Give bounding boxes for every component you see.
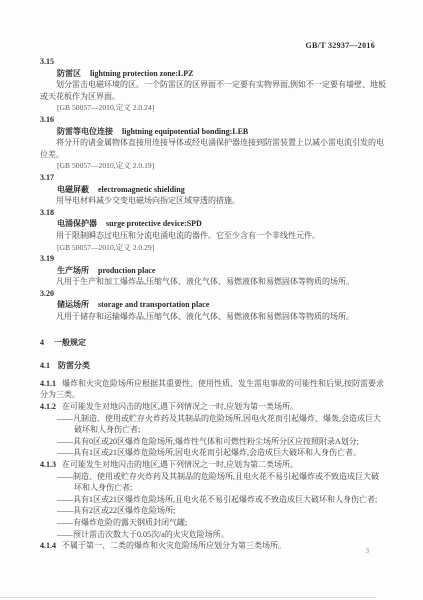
chapter-title: 一般规定: [54, 338, 86, 347]
term-english: lightning protection zone:LPZ: [90, 69, 193, 78]
clause-number: 4.1.4: [40, 541, 56, 550]
term-source-ref: [GB 50057—2010,定义 2.0.29]: [40, 242, 386, 254]
term-english: electromagnetic shielding: [98, 185, 185, 194]
term-chinese: 储运场所: [57, 300, 89, 309]
clause-4-1-4: 4.1.4不属于第一、二类的爆炸和火灾危险场所应划分为第三类场所。: [40, 540, 386, 552]
clause-bullet: ——有爆炸危险的露天钢质封闭气罐;: [40, 517, 386, 529]
clause-number: 4.1.2: [40, 402, 56, 411]
term-heading: 防雷区lightning protection zone:LPZ: [40, 68, 386, 80]
scan-edge-line: [0, 597, 376, 598]
term-english: lightning equipotential bonding:LEB: [122, 127, 248, 136]
term-source-ref: [GB 50057—2010,定义 2.0.19]: [40, 160, 386, 172]
term-entry-3-19: 3.19 生产场所production place 凡用于生产和加工爆炸品,压缩…: [40, 253, 386, 288]
clause-4-1-1: 4.1.1爆炸和火灾危险场所应根据其重要性、使用性质、发生雷电事故的可能性和后果…: [40, 378, 386, 401]
clause-bullet: ——凡制造、使用或贮存火炸药及其制品的危险场所,因电火花而引起爆炸、爆轰,会造成…: [40, 413, 386, 436]
term-heading: 防雷等电位连接lightning equipotential bonding:L…: [40, 126, 386, 138]
term-english: storage and transportation place: [98, 300, 209, 309]
term-heading: 电涌保护器surge protective device:SPD: [40, 218, 386, 230]
page-number: 3: [366, 547, 370, 555]
term-chinese: 防雷等电位连接: [57, 127, 113, 136]
term-definition: 凡用于储存和运输爆炸品,压缩气体、液化气体、易燃液体和易燃固体等物质的场所。: [40, 311, 386, 323]
term-chinese: 电磁屏蔽: [57, 185, 89, 194]
term-definition: 用导电材料减少交变电磁场向指定区域穿透的措施。: [40, 195, 386, 207]
clause-text: 在可能发生对地闪击的地区,遇下列情况之一时,应划为第一类场所。: [62, 402, 298, 411]
clause-bullet: ——具有2区或22区爆炸危险场所;: [40, 505, 386, 517]
term-chinese: 生产场所: [57, 266, 89, 275]
term-definition: 将分开的诸金属物体直接用连接导体或经电涌保护器连接到防雷装置上以减小雷电流引发的…: [40, 137, 386, 160]
subsection-heading: 4.1防雷分类: [40, 360, 386, 372]
term-number: 3.17: [40, 172, 386, 184]
clause-number: 4.1.1: [40, 379, 56, 388]
term-definition: 用于限制瞬态过电压和分流电涌电流的器件。它至少含有一个非线性元件。: [40, 230, 386, 242]
term-english: surge protective device:SPD: [106, 219, 202, 228]
term-definition: 划分雷击电磁环境的区。一个防雷区的区界面不一定要有实物界面,例如不一定要有墙壁、…: [40, 79, 386, 102]
clause-bullet: ——制造、使用或贮存火炸药及其制品的危险场所,且电火花不易引起爆炸或不致造成巨大…: [40, 471, 386, 494]
clause-bullet: ——预计雷击次数大于0.05次/a的火灾危险场所。: [40, 529, 386, 541]
term-definition: 凡用于生产和加工爆炸品,压缩气体、液化气体、易燃液体和易燃固体等物质的场所。: [40, 276, 386, 288]
clause-number: 4.1.3: [40, 460, 56, 469]
clause-text: 爆炸和火灾危险场所应根据其重要性、使用性质、发生雷电事故的可能性和后果,按防雷要…: [40, 379, 384, 400]
term-source-ref: [GB 50057—2010,定义 2.0.24]: [40, 102, 386, 114]
term-number: 3.19: [40, 253, 386, 265]
clause-bullet: ——具有1区或21区爆炸危险场所,因电火花而引起爆炸,会造成巨大破坏和人身伤亡者…: [40, 447, 386, 459]
subsection-title: 防雷分类: [58, 361, 90, 370]
term-number: 3.18: [40, 207, 386, 219]
chapter-number: 4: [40, 338, 44, 347]
term-chinese: 防雷区: [57, 69, 81, 78]
term-heading: 生产场所production place: [40, 265, 386, 277]
clause-4-1-3: 4.1.3在可能发生对地闪击的地区,遇下列情况之一时,应划为第二类场所。: [40, 459, 386, 471]
term-entry-3-17: 3.17 电磁屏蔽electromagnetic shielding 用导电材料…: [40, 172, 386, 207]
clause-4-1-2: 4.1.2在可能发生对地闪击的地区,遇下列情况之一时,应划为第一类场所。: [40, 401, 386, 413]
term-number: 3.16: [40, 114, 386, 126]
term-chinese: 电涌保护器: [57, 219, 97, 228]
clause-text: 在可能发生对地闪击的地区,遇下列情况之一时,应划为第二类场所。: [62, 460, 298, 469]
term-heading: 储运场所storage and transportation place: [40, 299, 386, 311]
clause-bullet: ——具有0区或20区爆炸危险场所,爆炸性气体和可燃性粉尘场所分区应按照附录A划分…: [40, 436, 386, 448]
term-heading: 电磁屏蔽electromagnetic shielding: [40, 184, 386, 196]
clause-bullet: ——具有1区或21区爆炸危险场所,且电火花不易引起爆炸或不致造成巨大破坏和人身伤…: [40, 494, 386, 506]
subsection-number: 4.1: [40, 361, 50, 370]
document-page: GB/T 32937—2016 3.15 防雷区lightning protec…: [0, 0, 423, 600]
term-entry-3-15: 3.15 防雷区lightning protection zone:LPZ 划分…: [40, 56, 386, 114]
clause-text: 不属于第一、二类的爆炸和火灾危险场所应划分为第三类场所。: [62, 541, 286, 550]
term-entry-3-18: 3.18 电涌保护器surge protective device:SPD 用于…: [40, 207, 386, 253]
term-entry-3-20: 3.20 储运场所storage and transportation plac…: [40, 288, 386, 323]
chapter-heading: 4一般规定: [40, 337, 386, 349]
standard-number-header: GB/T 32937—2016: [306, 41, 375, 50]
term-english: production place: [98, 266, 155, 275]
term-number: 3.15: [40, 56, 386, 68]
term-entry-3-16: 3.16 防雷等电位连接lightning equipotential bond…: [40, 114, 386, 172]
page-content: 3.15 防雷区lightning protection zone:LPZ 划分…: [40, 56, 386, 552]
term-number: 3.20: [40, 288, 386, 300]
